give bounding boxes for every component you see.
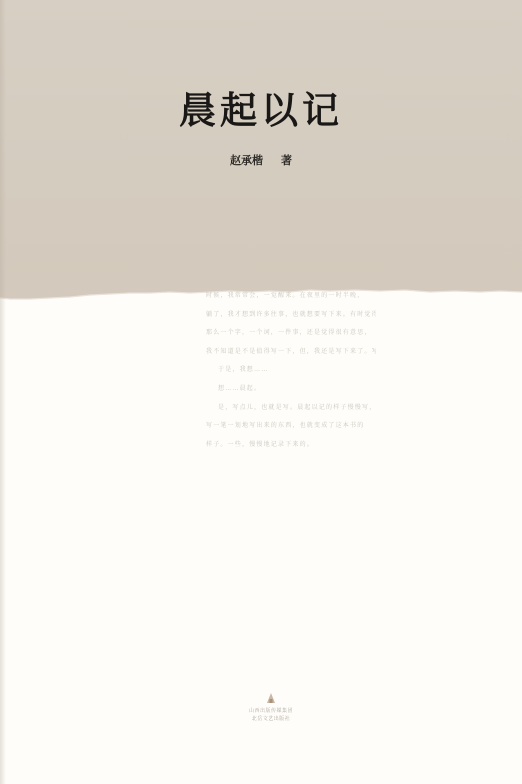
excerpt-line: 时候，我常常会，一觉醒来。在夜里的一时半晚， — [206, 287, 376, 306]
excerpt-line: 是，写点儿，也就是写。晨起以记的样子慢慢写， — [206, 399, 376, 418]
excerpt-line: 于是，我想…… — [206, 361, 376, 380]
author-role: 著 — [281, 154, 292, 167]
book-title: 晨起以记 — [0, 80, 522, 134]
publisher-group: 山西出版传媒集团 — [231, 707, 311, 715]
excerpt-line: 我不知道是不是值得写一下，但，我还是写下来了。写写。 — [206, 343, 376, 362]
author-name: 赵承楷 — [230, 154, 263, 167]
cover-top-band — [0, 0, 522, 290]
publisher-name: 北岳文艺出版社 — [231, 715, 311, 723]
excerpt-line: 想……晨起。 — [206, 380, 376, 399]
publisher-logo-icon — [265, 692, 277, 704]
book-cover: 晨起以记 赵承楷著 时候，我常常会，一觉醒来。在夜里的一时半晚， 躺了，我才想到… — [0, 0, 522, 784]
faint-body-excerpt: 时候，我常常会，一觉醒来。在夜里的一时半晚， 躺了，我才想到许多往事，也就想要写… — [206, 287, 376, 454]
author-line: 赵承楷著 — [0, 152, 522, 168]
publisher-block: 山西出版传媒集团 北岳文艺出版社 — [231, 692, 311, 723]
excerpt-line: 那么一个字，一个词，一件事，还是觉得很有意思， — [206, 324, 376, 343]
excerpt-line: 写一笔一划地写出来的东西，也就变成了这本书的 — [206, 417, 376, 436]
excerpt-line: 躺了，我才想到许多往事，也就想要写下来。有时觉得， — [206, 306, 376, 325]
excerpt-line: 样子。一些，慢慢地记录下来的。 — [206, 436, 376, 455]
